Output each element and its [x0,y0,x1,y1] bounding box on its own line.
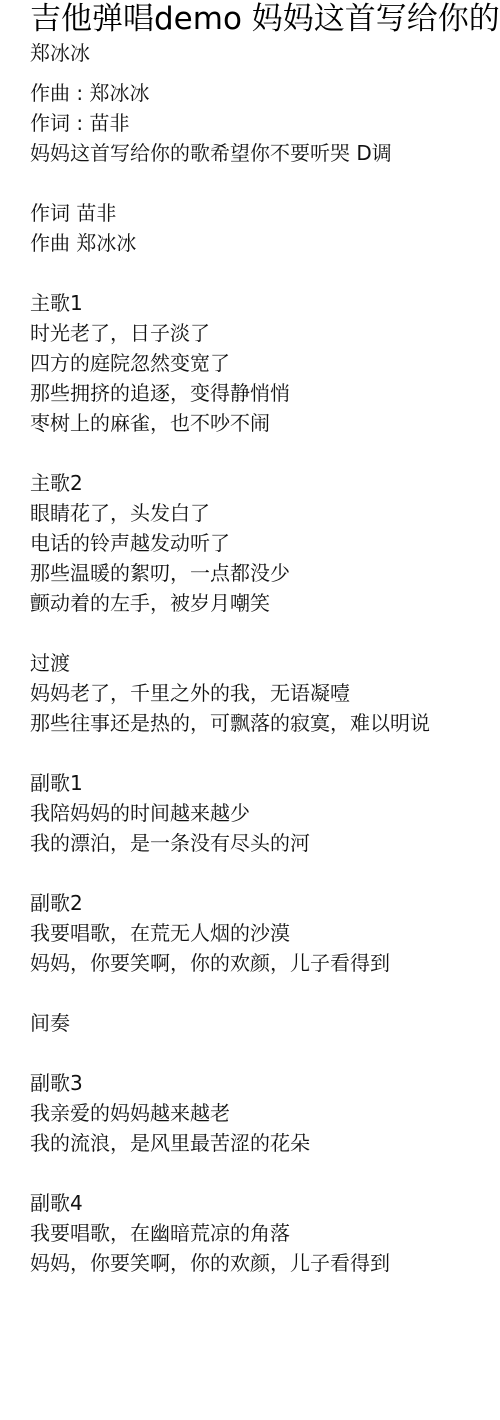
lyric-line: 枣树上的麻雀，也不吵不闹 [30,408,500,438]
lyric-line: 我的漂泊，是一条没有尽头的河 [30,828,500,858]
section-label: 副歌4 [30,1188,500,1218]
lyric-line: 我亲爱的妈妈越来越老 [30,1098,500,1128]
lyric-line: 颤动着的左手，被岁月嘲笑 [30,588,500,618]
blank-line [30,738,500,768]
credit-line-lyricist: 作词 : 苗非 [30,108,500,138]
blank-line [30,258,500,288]
section-label: 过渡 [30,648,500,678]
blank-line [30,168,500,198]
blank-line [30,858,500,888]
section-label: 间奏 [30,1008,500,1038]
lyric-line: 那些往事还是热的，可飘落的寂寞，难以明说 [30,708,500,738]
lyric-line: 时光老了，日子淡了 [30,318,500,348]
blank-line [30,978,500,1008]
lyric-line: 我陪妈妈的时间越来越少 [30,798,500,828]
blank-line [30,618,500,648]
lyric-line: 我要唱歌，在荒无人烟的沙漠 [30,918,500,948]
section-label: 副歌1 [30,768,500,798]
section-label: 副歌3 [30,1068,500,1098]
credit-line-composer: 作曲 郑冰冰 [30,228,500,258]
lyric-line: 妈妈老了，千里之外的我，无语凝噎 [30,678,500,708]
lyrics-page: 吉他弹唱demo 妈妈这首写给你的歌 郑冰冰 作曲 : 郑冰冰 作词 : 苗非 … [0,0,500,1278]
lyric-line: 电话的铃声越发动听了 [30,528,500,558]
section-label: 副歌2 [30,888,500,918]
song-description: 妈妈这首写给你的歌希望你不要听哭 D调 [30,138,500,168]
song-title: 吉他弹唱demo 妈妈这首写给你的歌 [30,0,500,38]
blank-line [30,1038,500,1068]
lyric-line: 妈妈，你要笑啊，你的欢颜，儿子看得到 [30,1248,500,1278]
blank-line [30,438,500,468]
section-label: 主歌2 [30,468,500,498]
song-artist: 郑冰冰 [30,38,500,68]
lyric-line: 我要唱歌，在幽暗荒凉的角落 [30,1218,500,1248]
lyrics-body: 作曲 : 郑冰冰 作词 : 苗非 妈妈这首写给你的歌希望你不要听哭 D调 作词 … [30,78,500,1278]
blank-line [30,1158,500,1188]
lyric-line: 眼睛花了，头发白了 [30,498,500,528]
lyric-line: 那些拥挤的追逐，变得静悄悄 [30,378,500,408]
section-label: 主歌1 [30,288,500,318]
lyric-line: 妈妈，你要笑啊，你的欢颜，儿子看得到 [30,948,500,978]
lyric-line: 四方的庭院忽然变宽了 [30,348,500,378]
lyric-line: 我的流浪，是风里最苦涩的花朵 [30,1128,500,1158]
credit-line-lyricist: 作词 苗非 [30,198,500,228]
lyric-line: 那些温暖的絮叨，一点都没少 [30,558,500,588]
credit-line-composer: 作曲 : 郑冰冰 [30,78,500,108]
